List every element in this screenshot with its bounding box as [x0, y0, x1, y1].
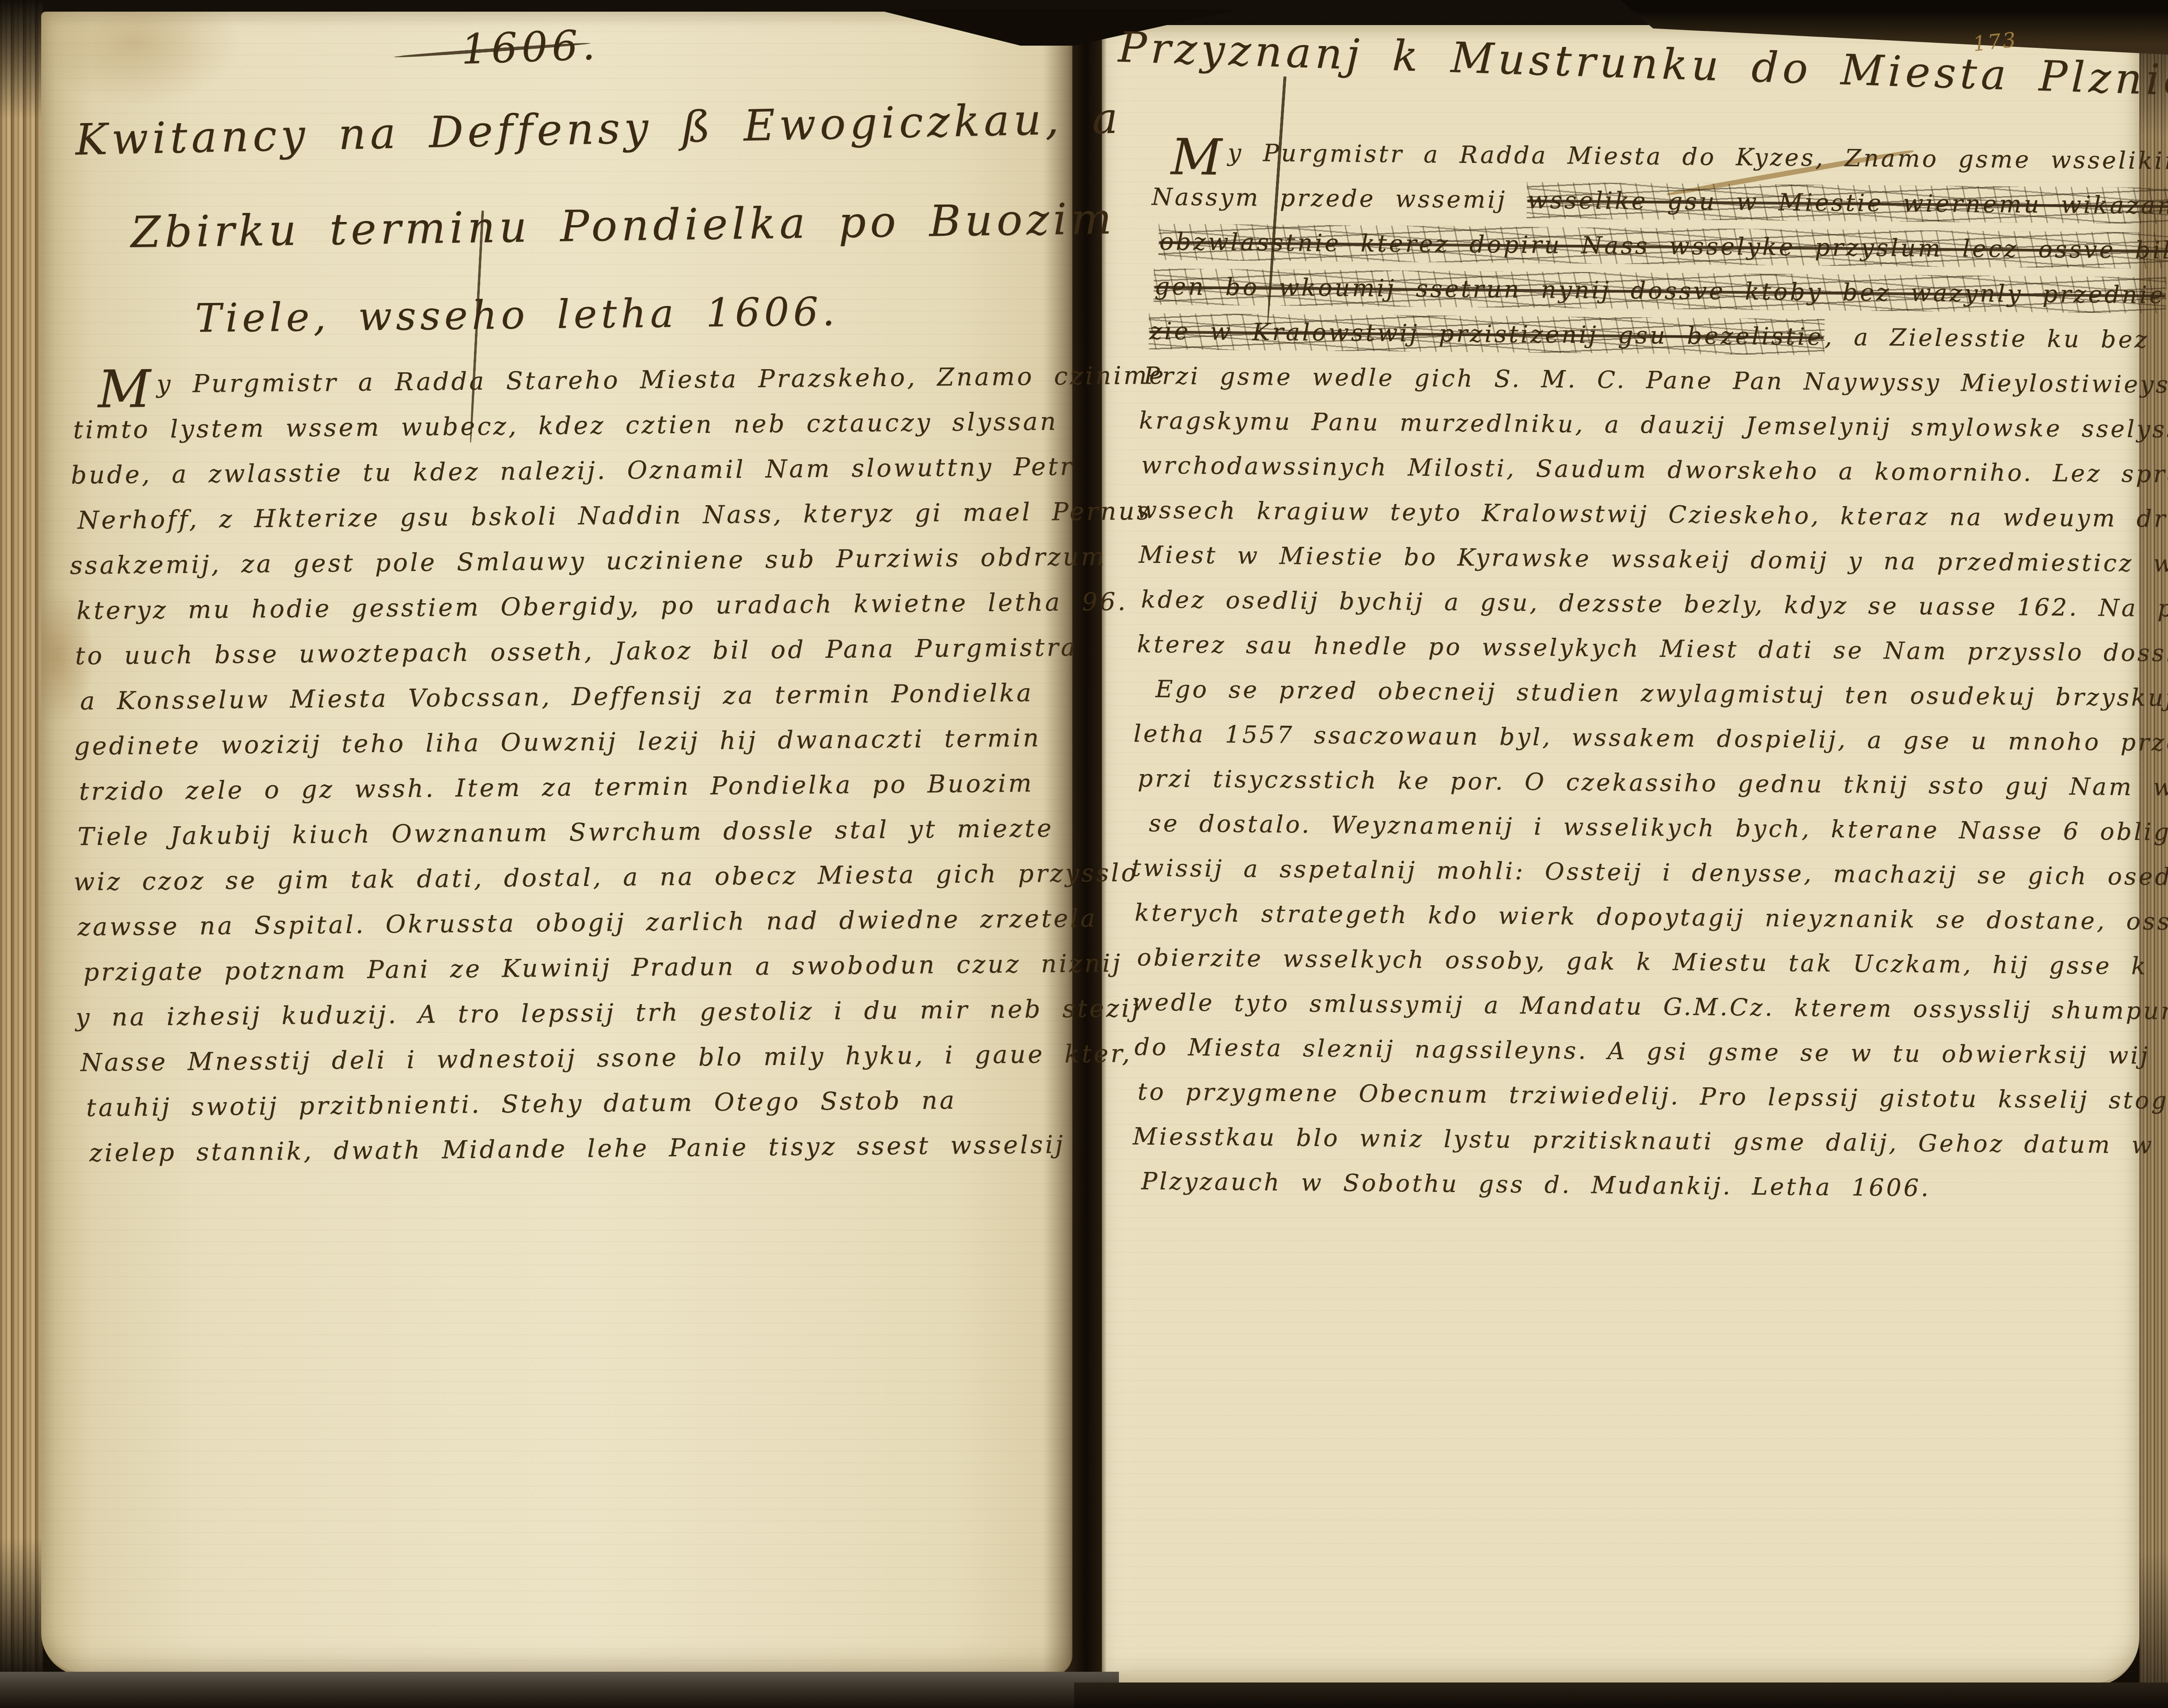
manuscript-line: do Miesta sleznij nagssileyns. A gsi gsm…: [1134, 1025, 2114, 1078]
manuscript-line: My Purgmistr a Radda Stareho Miesta Praz…: [98, 354, 1049, 408]
manuscript-line: kragskymu Panu murzedlniku, a dauzij Jem…: [1139, 398, 2119, 451]
manuscript-line: letha 1557 ssaczowaun byl, wssakem dospi…: [1133, 711, 2117, 765]
manuscript-line: Nassym przede wssemij wsselike gsu w Mie…: [1152, 175, 2121, 228]
manuscript-line: wrchodawssinych Milosti, Saudum dworskeh…: [1141, 443, 2119, 497]
manuscript-line: trzido zele o gz wssh. Item za termin Po…: [79, 760, 1052, 814]
manuscript-line: Przi gsme wedle gich S. M. C. Pane Pan N…: [1144, 354, 2120, 407]
manuscript-line: Tiele Jakubij kiuch Owznanum Swrchum dos…: [77, 805, 1053, 859]
manuscript-line: kdez osedlij bychij a gsu, dezsste bezly…: [1141, 578, 2118, 631]
manuscript-line: przi tisyczsstich ke por. O czekassiho g…: [1137, 756, 2116, 809]
right-body: My Purgmistr a Radda Miesta do Kyzes, Zn…: [1132, 130, 2122, 1212]
manuscript-line: wiz czoz se gim tak dati, dostal, a na o…: [73, 851, 1053, 904]
manuscript-line: wedle tyto smlussymij a Mandatu G.M.Cz. …: [1132, 980, 2114, 1033]
manuscript-line: twissij a sspetalnij mohli: Ossteij i de…: [1131, 846, 2116, 899]
left-heading-line: Tiele, wsseho letha 1606.: [195, 288, 839, 341]
manuscript-line: bude, a zwlasstie tu kdez nalezij. Oznam…: [71, 444, 1050, 498]
manuscript-line: Miest w Miestie bo Kyrawske wssakeij dom…: [1139, 532, 2118, 586]
left-body: My Purgmistr a Radda Stareho Miesta Praz…: [73, 354, 1055, 1176]
manuscript-scan: 1606. Kwitancy na Deffensy ß Ewogiczkau,…: [0, 0, 2168, 1708]
manuscript-line: wssech kragiuw teyto Kralowstwij Czieske…: [1136, 488, 2119, 541]
manuscript-line: kterez sau hnedle po wsselykych Miest da…: [1137, 622, 2117, 675]
bottom-edge: [1074, 1682, 2168, 1708]
manuscript-line: My Purgmistr a Radda Miesta do Kyzes, Zn…: [1171, 130, 2122, 183]
bottom-edge: [0, 1672, 1119, 1708]
manuscript-line: se dostalo. Weyznamenij i wsselikych byc…: [1149, 801, 2116, 855]
manuscript-line: kteryz mu hodie gesstiem Obergidy, po ur…: [77, 580, 1051, 634]
manuscript-line: to przygmene Obecnum trziwiedelij. Pro l…: [1137, 1069, 2113, 1123]
manuscript-line: gen bo wkoumij ssetrun nynij dossve ktob…: [1153, 264, 2121, 318]
manuscript-line: timto lystem wssem wubecz, kdez cztien n…: [73, 399, 1049, 453]
manuscript-line: zawsse na Sspital. Okrussta obogij zarli…: [77, 896, 1054, 950]
manuscript-line: a Konsseluw Miesta Vobcssan, Deffensij z…: [80, 670, 1051, 724]
manuscript-line: tauhij swotij przitbnienti. Stehy datum …: [86, 1077, 1055, 1130]
manuscript-line: zielep stannik, dwath Midande lehe Panie…: [89, 1122, 1055, 1176]
manuscript-line: Nerhoff, z Hkterize gsu bskoli Naddin Na…: [77, 490, 1050, 543]
manuscript-line: Ego se przed obecneij studien zwylagmist…: [1155, 667, 2117, 720]
spine-page-edges: [0, 0, 43, 1708]
manuscript-line: kterych strategeth kdo wierk dopoytagij …: [1135, 890, 2115, 944]
manuscript-line: ssakzemij, za gest pole Smlauwy uczinien…: [70, 535, 1050, 588]
manuscript-line: y na izhesij kuduzij. A tro lepssij trh …: [75, 986, 1054, 1040]
struck-text: obzwlasstnie kterez dopiru Nass wsselyke…: [1158, 224, 2168, 270]
manuscript-line: Nasse Mnesstij deli i wdnestoij ssone bl…: [80, 1031, 1054, 1085]
gutter-shadow: [1043, 11, 1137, 1673]
struck-text: wsselike gsu w Miestie wiernemu wikazani…: [1527, 182, 2168, 224]
struck-text: zie w Kralowstwij przistizenij gsu bezel…: [1148, 313, 1824, 355]
left-year-heading: 1606.: [460, 21, 600, 74]
manuscript-line: gedinete wozizij teho liha Ouwznij lezij…: [74, 715, 1052, 769]
manuscript-line: zie w Kralowstwij przistizenij gsu bezel…: [1148, 309, 2120, 362]
manuscript-line: przigate potznam Pani ze Kuwinij Pradun …: [83, 941, 1054, 995]
manuscript-line: to uuch bsse uwoztepach osseth, Jakoz bi…: [75, 625, 1051, 678]
manuscript-line: obzwlasstnie kterez dopiru Nass wsselyke…: [1158, 220, 2121, 273]
manuscript-line: Miesstkau blo wniz lystu przitisknauti g…: [1132, 1114, 2113, 1167]
struck-text: gen bo wkoumij ssetrun nynij dossve ktob…: [1153, 268, 2167, 314]
manuscript-line: Plzyzauch w Sobothu gss d. Mudankij. Let…: [1141, 1159, 2113, 1213]
manuscript-line: obierzite wsselkych ossoby, gak k Miestu…: [1137, 935, 2115, 988]
